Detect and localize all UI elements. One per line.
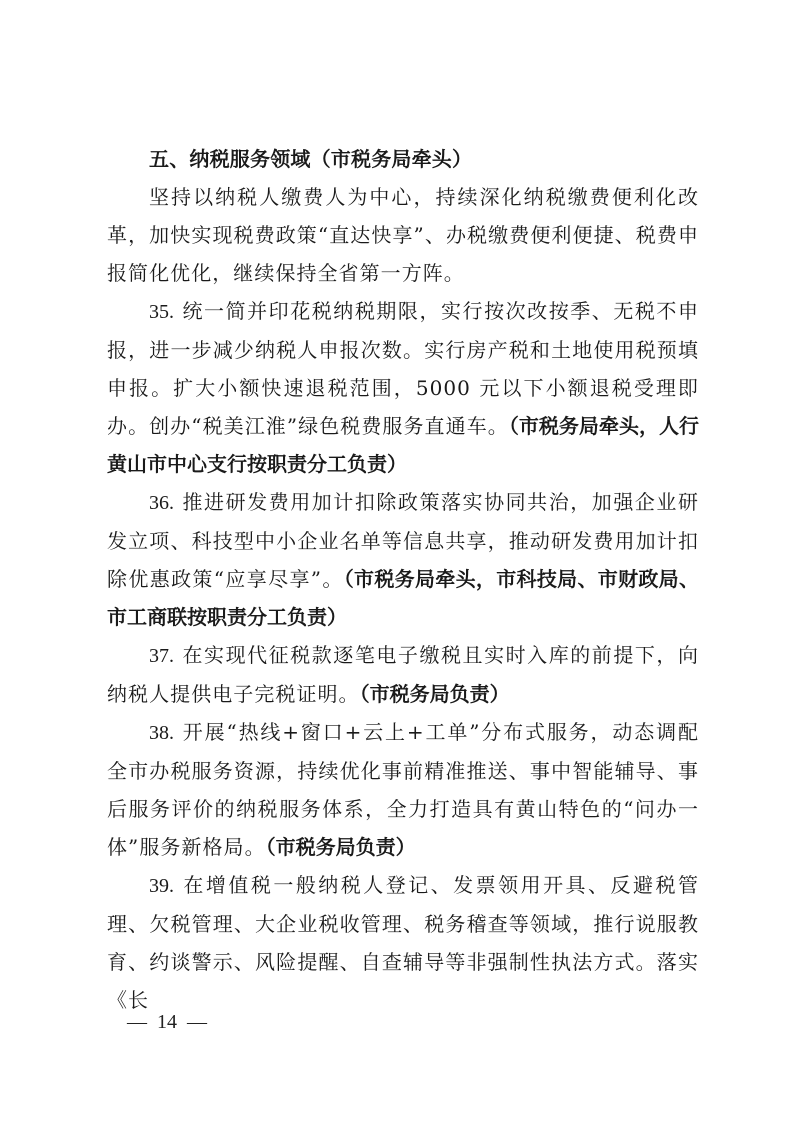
item-37-paragraph: 37.在实现代征税款逐笔电子缴税且实时入库的前提下，向纳税人提供电子完税证明。（… [107,636,699,713]
item-number: 38. [149,722,174,744]
item-number: 39. [149,875,174,897]
item-responsibility: （市税务局负责） [360,682,510,706]
item-number: 35. [149,301,174,323]
item-responsibility: （市税务局负责） [266,835,416,859]
item-38-paragraph: 38.开展“热线+窗口+云上+工单”分布式服务，动态调配全市办税服务资源，持续优… [107,713,699,866]
item-number: 37. [149,645,174,667]
item-35-paragraph: 35.统一简并印花税纳税期限，实行按次改按季、无税不申报，进一步减少纳税人申报次… [107,292,699,483]
item-text: 在增值税一般纳税人登记、发票领用开具、反避税管理、欠税管理、大企业税收管理、税务… [107,873,699,1012]
document-page: 五、纳税服务领域（市税务局牵头） 坚持以纳税人缴费人为中心，持续深化纳税缴费便利… [107,140,699,1019]
item-39-paragraph: 39.在增值税一般纳税人登记、发票领用开具、反避税管理、欠税管理、大企业税收管理… [107,866,699,1019]
section-intro-paragraph: 坚持以纳税人缴费人为中心，持续深化纳税缴费便利化改革，加快实现税费政策“直达快享… [107,178,699,292]
section-heading: 五、纳税服务领域（市税务局牵头） [107,140,699,178]
item-number: 36. [149,492,174,514]
page-number: — 14 — [127,1008,207,1036]
item-36-paragraph: 36.推进研发费用加计扣除政策落实协同共治，加强企业研发立项、科技型中小企业名单… [107,483,699,636]
